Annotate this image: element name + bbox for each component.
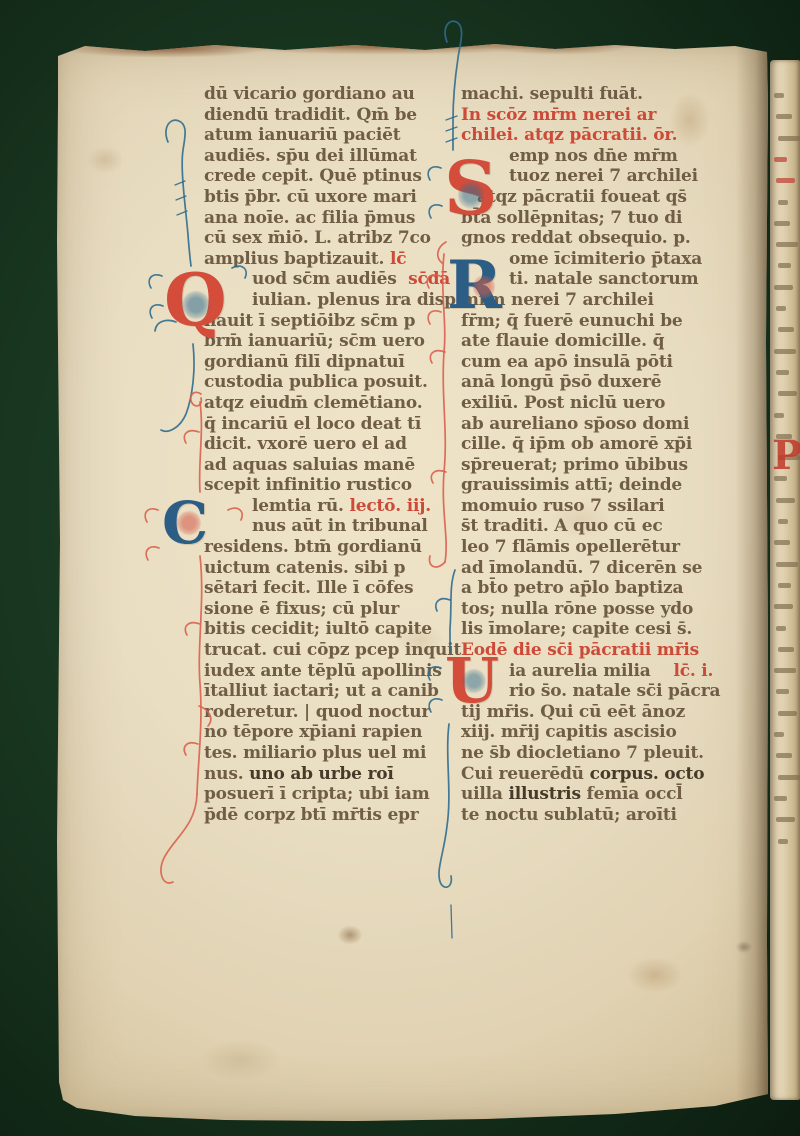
text-segment-ink: tos; nulla rōne posse ydo [461,599,693,619]
text-line: ome īcimiterio p̄taxa [461,249,743,270]
text-line: momuio ruso 7 ssilari [461,496,743,517]
text-line: a bt̄o petro ap̄lo baptiza [461,578,743,599]
text-segment-dark: uno ab urbe roī [249,764,394,784]
fore-edge-text-fragment [778,711,797,716]
text-line: diendū tradidit. Qm̄ be [204,105,444,126]
text-line: bt̄a sollēpnitas; 7 tuo di [461,208,743,229]
text-line: nus. uno ab urbe roī [204,764,444,785]
text-line: Cui reuerēdū corpus. octo [461,764,743,785]
text-segment-dark: illustris [508,784,580,804]
text-segment-ink: ia aurelia milia [509,661,673,681]
text-segment-ink: brm̄ ianuariū; sc̄m uero [204,331,425,351]
text-line: cū sex m̄iō. L. atribz 7co [204,228,444,249]
text-line: ana noīe. ac filia p̄mus [204,208,444,229]
text-segment-ink: sētari fecit. Ille ī cōfes [204,578,413,598]
text-segment-ink: cū sex m̄iō. L. atribz 7co [204,228,431,248]
text-line: nauit ī septiōibz sc̄m p [204,311,444,332]
text-line: chilei. atqz pācratii. ōr. [461,125,743,146]
text-line: ad īmolandū. 7 dicerēn se [461,558,743,579]
fore-edge-text-fragment [778,263,791,268]
text-segment-ink: exiliū. Post niclū uero [461,393,665,413]
text-line: ia aurelia milia lc̄. i. [461,661,743,682]
fore-edge-text-fragments [770,60,800,1100]
text-segment-ink: leo 7 flāmis opellerētur [461,537,680,557]
text-segment-ink: btis p̄br. cū uxore mari [204,187,417,207]
text-line: dicit. vxorē uero el ad [204,434,444,455]
text-segment-ink: femīa occl̄ [581,784,683,804]
right-column: machi. sepulti fuāt.In scōz mr̄m nerei a… [461,84,743,825]
text-segment-ink: tuoz nerei 7 archilei [509,166,698,186]
text-line: atqz eiudm̄ clemētiano. [204,393,444,414]
text-line: brm̄ ianuariū; sc̄m uero [204,331,444,352]
text-line: dū vicario gordiano au [204,84,444,105]
text-line: ti. natale sanctorum [461,269,743,290]
fore-edge-text-fragment [778,647,794,652]
text-line: bitis cecidit; iultō capite [204,619,444,640]
text-segment-red: sc̄dā [408,269,450,289]
text-segment-ink: lis īmolare; capite cesi s̄. [461,619,692,639]
fore-edge-text-fragment [774,604,793,609]
fore-edge-text-fragment [774,157,787,162]
fore-edge-text-fragment [778,583,791,588]
text-segment-ink: machi. sepulti fuāt. [461,84,643,104]
text-segment-ink: nus aūt in tribunal [252,516,428,536]
illuminated-initial-U: U [445,652,499,711]
text-line: sētari fecit. Ille ī cōfes [204,578,444,599]
text-line: amplius baptizauit. lc̄ [204,249,444,270]
text-line: q̄ incariū el loco deat tī [204,414,444,435]
text-line: ab aureliano sp̄oso domi [461,414,743,435]
text-segment-ink: dū vicario gordiano au [204,84,415,104]
fore-edge-text-fragment [774,221,790,226]
text-segment-ink: roderetur. | quod noctur [204,702,430,722]
manuscript-photo: dū vicario gordiano audiendū tradidit. Q… [0,0,800,1136]
text-segment-ink: tes. miliario plus uel mi [204,743,426,763]
text-segment-ink: q̄ incariū el loco deat tī [204,414,421,434]
text-segment-ink: ti. natale sanctorum [509,269,698,289]
fore-edge-text-fragment [776,689,789,694]
illuminated-initial-C: C [162,496,208,551]
text-segment-ink: cum ea apō insulā pōti [461,352,673,372]
text-segment-ink: audiēs. sp̄u dei illūmat [204,146,417,166]
text-segment-ink: nus. [204,764,249,784]
text-line: ne s̄b diocletiano 7 pleuit. [461,743,743,764]
fore-edge-text-fragment [778,775,800,780]
text-line: iulian. plenus ira disp [204,290,444,311]
text-segment-ink: p̄dē corpz btī mr̄tis epr [204,805,419,825]
text-segment-ink: iulian. plenus ira disp [252,290,456,310]
text-segment-ink: atqz pācratii foueat qs̄ [477,187,687,207]
text-line: emp nos dn̄e mr̄m [461,146,743,167]
text-segment-ink: rio s̄o. natale sc̄i pācra [509,681,720,701]
fore-edge-text-fragment [778,200,788,205]
text-line: no tēpore xp̄iani rapien [204,722,444,743]
text-line: p̄dē corpz btī mr̄tis epr [204,805,444,826]
text-line: grauissimis attī; deinde [461,475,743,496]
text-line: tij mr̄is. Qui cū eēt ānoz [461,702,743,723]
fore-edge-text-fragment [778,327,794,332]
text-line: fr̄m; q̄ fuerē eunuchi be [461,311,743,332]
text-segment-ink: dicit. vxorē uero el ad [204,434,407,454]
text-segment-ink: sp̄reuerat; primo ūbibus [461,455,688,475]
text-segment-ink: ītalliut iactari; ut a canib [204,681,439,701]
text-line: cille. q̄ ip̄m ob amorē xp̄i [461,434,743,455]
fore-edge-text-fragment [774,796,787,801]
text-segment-ink: momuio ruso 7 ssilari [461,496,665,516]
text-segment-ink: scepit infinitio rustico [204,475,412,495]
fore-edge-text-fragment [776,114,792,119]
text-segment-ink: trucat. cui cōpz pcep inquit [204,640,461,660]
text-segment-red: lc̄. i. [673,661,713,681]
text-line: residens. btm̄ gordianū [204,537,444,558]
text-segment-ink: atum ianuariū paciēt [204,125,400,145]
text-segment-ink: ad īmolandū. 7 dicerēn se [461,558,702,578]
text-segment-ink: custodia publica posuit. [204,372,428,392]
text-segment-ink: gordianū filī dipnatuī [204,352,405,372]
text-line: ītalliut iactari; ut a canib [204,681,444,702]
text-line: crede cepit. Quē ptinus [204,166,444,187]
fore-edge-initial-P: P [772,432,800,479]
text-segment-ink: te noctu sublatū; aroīti [461,805,677,825]
fore-edge-text-fragment [774,285,793,290]
text-segment-ink: ab aureliano sp̄oso domi [461,414,689,434]
text-line: nus aūt in tribunal [204,516,444,537]
text-line: In scōz mr̄m nerei ar [461,105,743,126]
text-segment-ink: atqz eiudm̄ clemētiano. [204,393,422,413]
text-segment-ink: crede cepit. Quē ptinus [204,166,422,186]
text-segment-ink: lemtia rū. [252,496,349,516]
fore-edge-text-fragment [778,391,797,396]
text-segment-dark: corpus. octo [590,764,705,784]
fore-edge-text-fragment [774,668,796,673]
text-segment-ink: Cui reuerēdū [461,764,590,784]
fore-edge-text-fragment [774,413,784,418]
text-segment-red: lc̄ [390,249,406,269]
text-line: machi. sepulti fuāt. [461,84,743,105]
fore-edge-text-fragment [776,562,798,567]
text-segment-ink: ne s̄b diocletiano 7 pleuit. [461,743,704,763]
next-page-fore-edge: P [770,60,800,1100]
text-line: roderetur. | quod noctur [204,702,444,723]
fore-edge-text-fragment [776,306,786,311]
text-segment-ink: ad aquas saluias manē [204,455,415,475]
text-line: sp̄reuerat; primo ūbibus [461,455,743,476]
text-line: atqz pācratii foueat qs̄ [461,187,743,208]
text-line: audiēs. sp̄u dei illūmat [204,146,444,167]
text-segment-ink: nauit ī septiōibz sc̄m p [204,311,415,331]
fore-edge-text-fragment [778,839,788,844]
text-segment-ink: cille. q̄ ip̄m ob amorē xp̄i [461,434,692,454]
text-line: s̄t traditi. A quo cū ec [461,516,743,537]
text-segment-ink: grauissimis attī; deinde [461,475,682,495]
text-segment-ink: amplius baptizauit. [204,249,390,269]
text-line: uod sc̄m audiēs sc̄dā [204,269,444,290]
text-line: cum ea apō insulā pōti [461,352,743,373]
text-segment-ink: ate flauie domicille. q̄ [461,331,664,351]
text-segment-ink: a bt̄o petro ap̄lo baptiza [461,578,683,598]
text-line: uictum catenis. sibi p [204,558,444,579]
text-line: lemtia rū. lectō. iij. [204,496,444,517]
text-line: gordianū filī dipnatuī [204,352,444,373]
text-segment-ink: diendū tradidit. Qm̄ be [204,105,417,125]
text-segment-ink: bitis cecidit; iultō capite [204,619,432,639]
text-line: exiliū. Post niclū uero [461,393,743,414]
text-line: gnos reddat obsequio. p. [461,228,743,249]
text-line: ate flauie domicille. q̄ [461,331,743,352]
fore-edge-text-fragment [774,93,784,98]
text-segment-ink: ome īcimiterio p̄taxa [509,249,702,269]
text-segment-ink: no tēpore xp̄iani rapien [204,722,422,742]
fore-edge-text-fragment [776,753,792,758]
fore-edge-text-fragment [776,626,786,631]
text-line: ad aquas saluias manē [204,455,444,476]
text-line: trucat. cui cōpz pcep inquit [204,640,444,661]
text-line: iudex ante tēplū apollinis [204,661,444,682]
illuminated-initial-S: S [444,154,497,224]
text-segment-ink: s̄t traditi. A quo cū ec [461,516,662,536]
left-column: dū vicario gordiano audiendū tradidit. Q… [204,84,444,825]
text-segment-red: In scōz mr̄m nerei ar [461,105,656,125]
illuminated-initial-R: R [447,254,502,317]
text-line: custodia publica posuit. [204,372,444,393]
text-line: mr̄m nerei 7 archilei [461,290,743,311]
text-line: tos; nulla rōne posse ydo [461,599,743,620]
text-segment-red: chilei. atqz pācratii. ōr. [461,125,677,145]
fore-edge-text-fragment [776,242,798,247]
text-line: lis īmolare; capite cesi s̄. [461,619,743,640]
fore-edge-text-fragment [776,498,795,503]
text-line: btis p̄br. cū uxore mari [204,187,444,208]
text-line: te noctu sublatū; aroīti [461,805,743,826]
text-line: tes. miliario plus uel mi [204,743,444,764]
fore-edge-text-fragment [778,136,800,141]
text-segment-ink: uictum catenis. sibi p [204,558,405,578]
fore-edge-text-fragment [776,817,795,822]
text-segment-ink: ana noīe. ac filia p̄mus [204,208,415,228]
text-line: scepit infinitio rustico [204,475,444,496]
text-segment-ink: posuerī ī cripta; ubi iam [204,784,429,804]
text-line: sione ē fixus; cū plur [204,599,444,620]
text-segment-ink: uilla [461,784,508,804]
fore-edge-text-fragment [776,370,789,375]
text-line: atum ianuariū paciēt [204,125,444,146]
text-segment-ink: iudex ante tēplū apollinis [204,661,442,681]
illuminated-initial-Q: Q [164,266,227,334]
fore-edge-text-fragment [774,540,790,545]
text-line: tuoz nerei 7 archilei [461,166,743,187]
text-line: anā longū p̄sō duxerē [461,372,743,393]
text-line: rio s̄o. natale sc̄i pācra [461,681,743,702]
text-line: Eodē die sc̄i pācratii mr̄is [461,640,743,661]
text-segment-ink: xiij. mr̄ij capitis ascisio [461,722,677,742]
text-segment-ink: residens. btm̄ gordianū [204,537,422,557]
text-segment-ink: sione ē fixus; cū plur [204,599,399,619]
fore-edge-text-fragment [774,349,796,354]
text-line: xiij. mr̄ij capitis ascisio [461,722,743,743]
text-segment-red: lectō. iij. [349,496,430,516]
text-segment-ink: emp nos dn̄e mr̄m [509,146,678,166]
text-segment-ink: anā longū p̄sō duxerē [461,372,661,392]
fore-edge-text-fragment [774,732,784,737]
text-line: uilla illustris femīa occl̄ [461,784,743,805]
text-line: posuerī ī cripta; ubi iam [204,784,444,805]
fore-edge-text-fragment [778,519,788,524]
text-line: leo 7 flāmis opellerētur [461,537,743,558]
fore-edge-text-fragment [776,178,795,183]
text-segment-ink: uod sc̄m audiēs [252,269,408,289]
